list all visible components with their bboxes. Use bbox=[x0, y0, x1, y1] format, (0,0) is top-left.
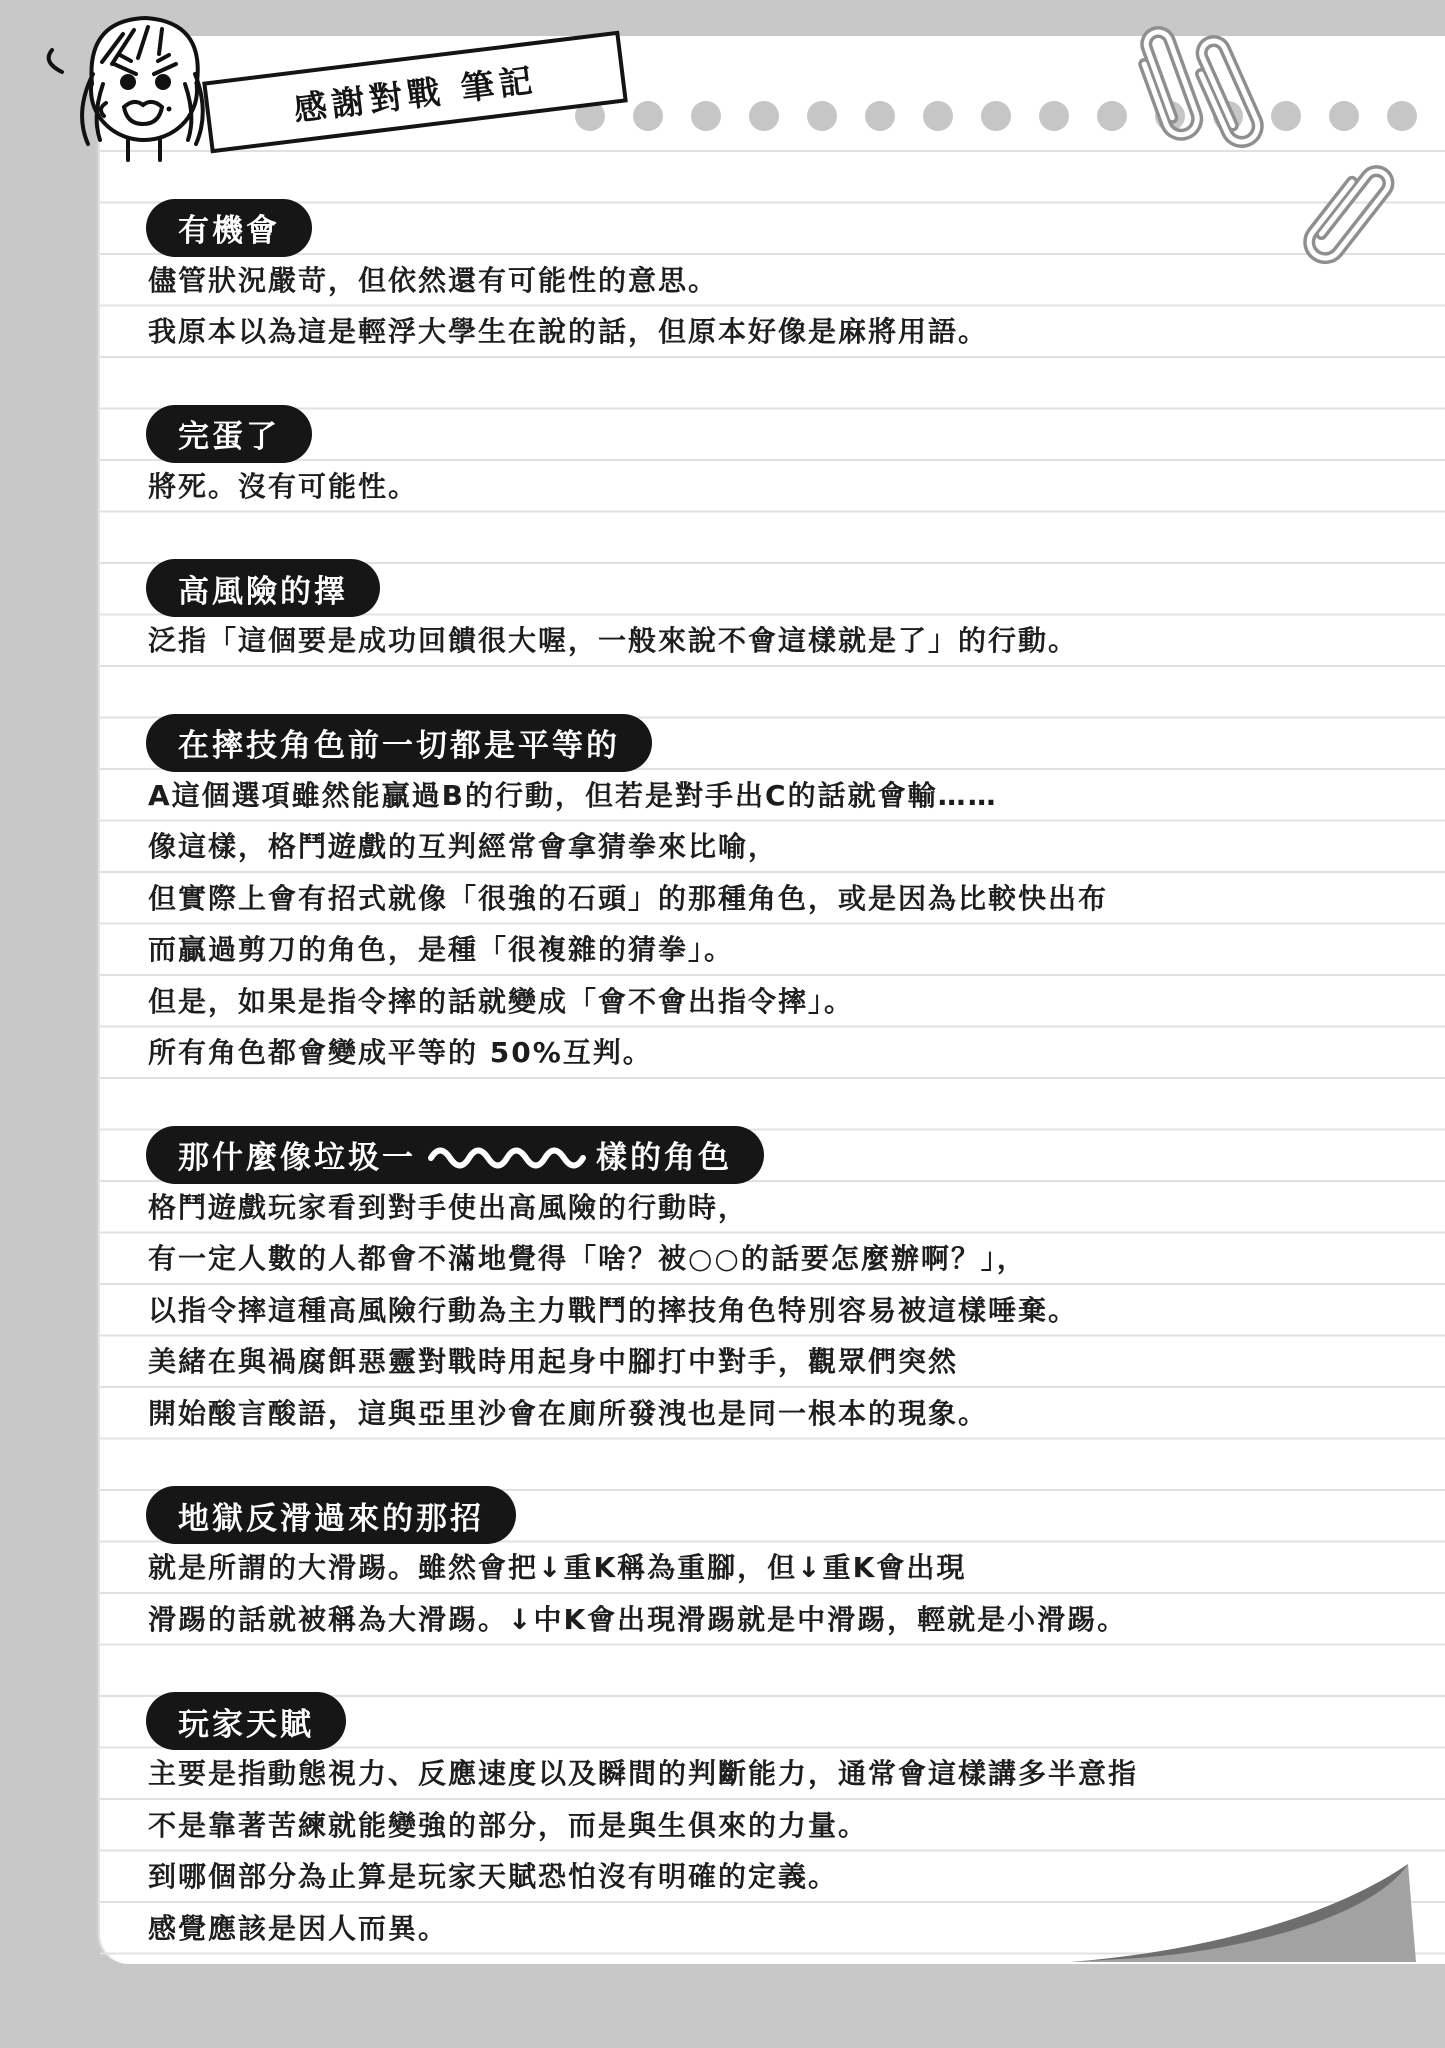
glossary-line: 美緒在與禍腐餌惡靈對戰時用起身中腳打中對手，觀眾們突然 bbox=[100, 1335, 1445, 1387]
dot bbox=[1387, 101, 1417, 131]
section-lines: 就是所謂的大滑踢。雖然會把↓重K稱為重腳，但↓重K會出現滑踢的話就被稱為大滑踢。… bbox=[100, 1541, 1445, 1644]
section-heading-pill: 高風險的擇 bbox=[146, 559, 380, 617]
sections: 有機會 儘管狀況嚴苛，但依然還有可能性的意思。我原本以為這是輕浮大學生在說的話，… bbox=[100, 202, 1445, 1953]
glossary-line: 我原本以為這是輕浮大學生在說的話，但原本好像是麻將用語。 bbox=[100, 305, 1445, 357]
section-lines: 儘管狀況嚴苛，但依然還有可能性的意思。我原本以為這是輕浮大學生在說的話，但原本好… bbox=[100, 253, 1445, 356]
section-heading-row: 有機會 bbox=[100, 202, 1445, 254]
glossary-section: 那什麼像垃圾一 樣的角色 格鬥遊戲玩家看到對手使出高風險的行動時，有一定人數的人… bbox=[100, 1129, 1445, 1438]
glossary-line: 但是，如果是指令摔的話就變成「會不會出指令摔」。 bbox=[100, 974, 1445, 1026]
dot bbox=[633, 101, 663, 131]
glossary-line: 而贏過剪刀的角色，是種「很複雜的猜拳」。 bbox=[100, 923, 1445, 975]
dot bbox=[749, 101, 779, 131]
glossary-line: 開始酸言酸語，這與亞里沙會在廁所發洩也是同一根本的現象。 bbox=[100, 1386, 1445, 1438]
glossary-line: 像這樣，格鬥遊戲的互判經常會拿猜拳來比喻， bbox=[100, 820, 1445, 872]
section-heading-pill: 玩家天賦 bbox=[146, 1692, 346, 1750]
dot bbox=[807, 101, 837, 131]
dot bbox=[1097, 101, 1127, 131]
section-heading-row: 完蛋了 bbox=[100, 408, 1445, 460]
wavy-line-icon bbox=[426, 1145, 586, 1171]
section-heading-row: 在摔技角色前一切都是平等的 bbox=[100, 717, 1445, 769]
section-heading-pill: 在摔技角色前一切都是平等的 bbox=[146, 714, 652, 772]
section-lines: 將死。沒有可能性。 bbox=[100, 459, 1445, 511]
page-curl bbox=[1040, 1840, 1445, 1970]
glossary-line: 泛指「這個要是成功回饋很大喔，一般來說不會這樣就是了」的行動。 bbox=[100, 614, 1445, 666]
chibi-girl-doodle bbox=[38, 10, 248, 162]
glossary-content: 有機會 儘管狀況嚴苛，但依然還有可能性的意思。我原本以為這是輕浮大學生在說的話，… bbox=[100, 150, 1445, 2004]
section-heading-pill: 那什麼像垃圾一 樣的角色 bbox=[146, 1126, 764, 1184]
glossary-line: 所有角色都會變成平等的 50%互判。 bbox=[100, 1026, 1445, 1078]
glossary-line: 儘管狀況嚴苛，但依然還有可能性的意思。 bbox=[100, 253, 1445, 305]
glossary-line: 滑踢的話就被稱為大滑踢。↓中K會出現滑踢就是中滑踢，輕就是小滑踢。 bbox=[100, 1592, 1445, 1644]
section-heading-text: 完蛋了 bbox=[178, 411, 280, 456]
section-lines: 格鬥遊戲玩家看到對手使出高風險的行動時，有一定人數的人都會不滿地覺得「啥？被○○… bbox=[100, 1180, 1445, 1438]
glossary-section: 地獄反滑過來的那招 就是所謂的大滑踢。雖然會把↓重K稱為重腳，但↓重K會出現滑踢… bbox=[100, 1489, 1445, 1644]
section-heading-text: 地獄反滑過來的那招 bbox=[178, 1493, 484, 1538]
dot-row bbox=[575, 101, 1417, 131]
glossary-line: 有一定人數的人都會不滿地覺得「啥？被○○的話要怎麼辦啊？」， bbox=[100, 1232, 1445, 1284]
section-heading-pill: 地獄反滑過來的那招 bbox=[146, 1486, 516, 1544]
glossary-line: A這個選項雖然能贏過B的行動，但若是對手出C的話就會輸…… bbox=[100, 768, 1445, 820]
section-heading-text: 有機會 bbox=[178, 205, 280, 250]
section-heading-text: 那什麼像垃圾一 bbox=[178, 1132, 416, 1177]
glossary-section: 完蛋了 將死。沒有可能性。 bbox=[100, 408, 1445, 511]
glossary-line: 格鬥遊戲玩家看到對手使出高風險的行動時， bbox=[100, 1180, 1445, 1232]
section-heading-pill: 完蛋了 bbox=[146, 405, 312, 463]
glossary-section: 高風險的擇 泛指「這個要是成功回饋很大喔，一般來說不會這樣就是了」的行動。 bbox=[100, 562, 1445, 665]
section-heading-row: 地獄反滑過來的那招 bbox=[100, 1489, 1445, 1541]
glossary-line: 以指令摔這種高風險行動為主力戰鬥的摔技角色特別容易被這樣唾棄。 bbox=[100, 1283, 1445, 1335]
glossary-line: 主要是指動態視力、反應速度以及瞬間的判斷能力，通常會這樣講多半意指 bbox=[100, 1747, 1445, 1799]
glossary-section: 有機會 儘管狀況嚴苛，但依然還有可能性的意思。我原本以為這是輕浮大學生在說的話，… bbox=[100, 202, 1445, 357]
section-lines: 泛指「這個要是成功回饋很大喔，一般來說不會這樣就是了」的行動。 bbox=[100, 614, 1445, 666]
section-heading-row: 那什麼像垃圾一 樣的角色 bbox=[100, 1129, 1445, 1181]
glossary-section: 在摔技角色前一切都是平等的 A這個選項雖然能贏過B的行動，但若是對手出C的話就會… bbox=[100, 717, 1445, 1078]
dot bbox=[1039, 101, 1069, 131]
section-heading-text: 在摔技角色前一切都是平等的 bbox=[178, 720, 620, 765]
section-heading-pill: 有機會 bbox=[146, 199, 312, 257]
section-heading-row: 玩家天賦 bbox=[100, 1695, 1445, 1747]
section-heading-row: 高風險的擇 bbox=[100, 562, 1445, 614]
dot bbox=[1329, 101, 1359, 131]
dot bbox=[691, 101, 721, 131]
section-heading-text: 玩家天賦 bbox=[178, 1699, 314, 1744]
dot bbox=[865, 101, 895, 131]
dot bbox=[923, 101, 953, 131]
section-heading-tail: 樣的角色 bbox=[596, 1132, 732, 1177]
section-heading-text: 高風險的擇 bbox=[178, 566, 348, 611]
glossary-line: 但實際上會有招式就像「很強的石頭」的那種角色，或是因為比較快出布 bbox=[100, 871, 1445, 923]
glossary-line: 將死。沒有可能性。 bbox=[100, 459, 1445, 511]
section-lines: A這個選項雖然能贏過B的行動，但若是對手出C的話就會輸……像這樣，格鬥遊戲的互判… bbox=[100, 768, 1445, 1077]
glossary-line: 就是所謂的大滑踢。雖然會把↓重K稱為重腳，但↓重K會出現 bbox=[100, 1541, 1445, 1593]
dot bbox=[981, 101, 1011, 131]
